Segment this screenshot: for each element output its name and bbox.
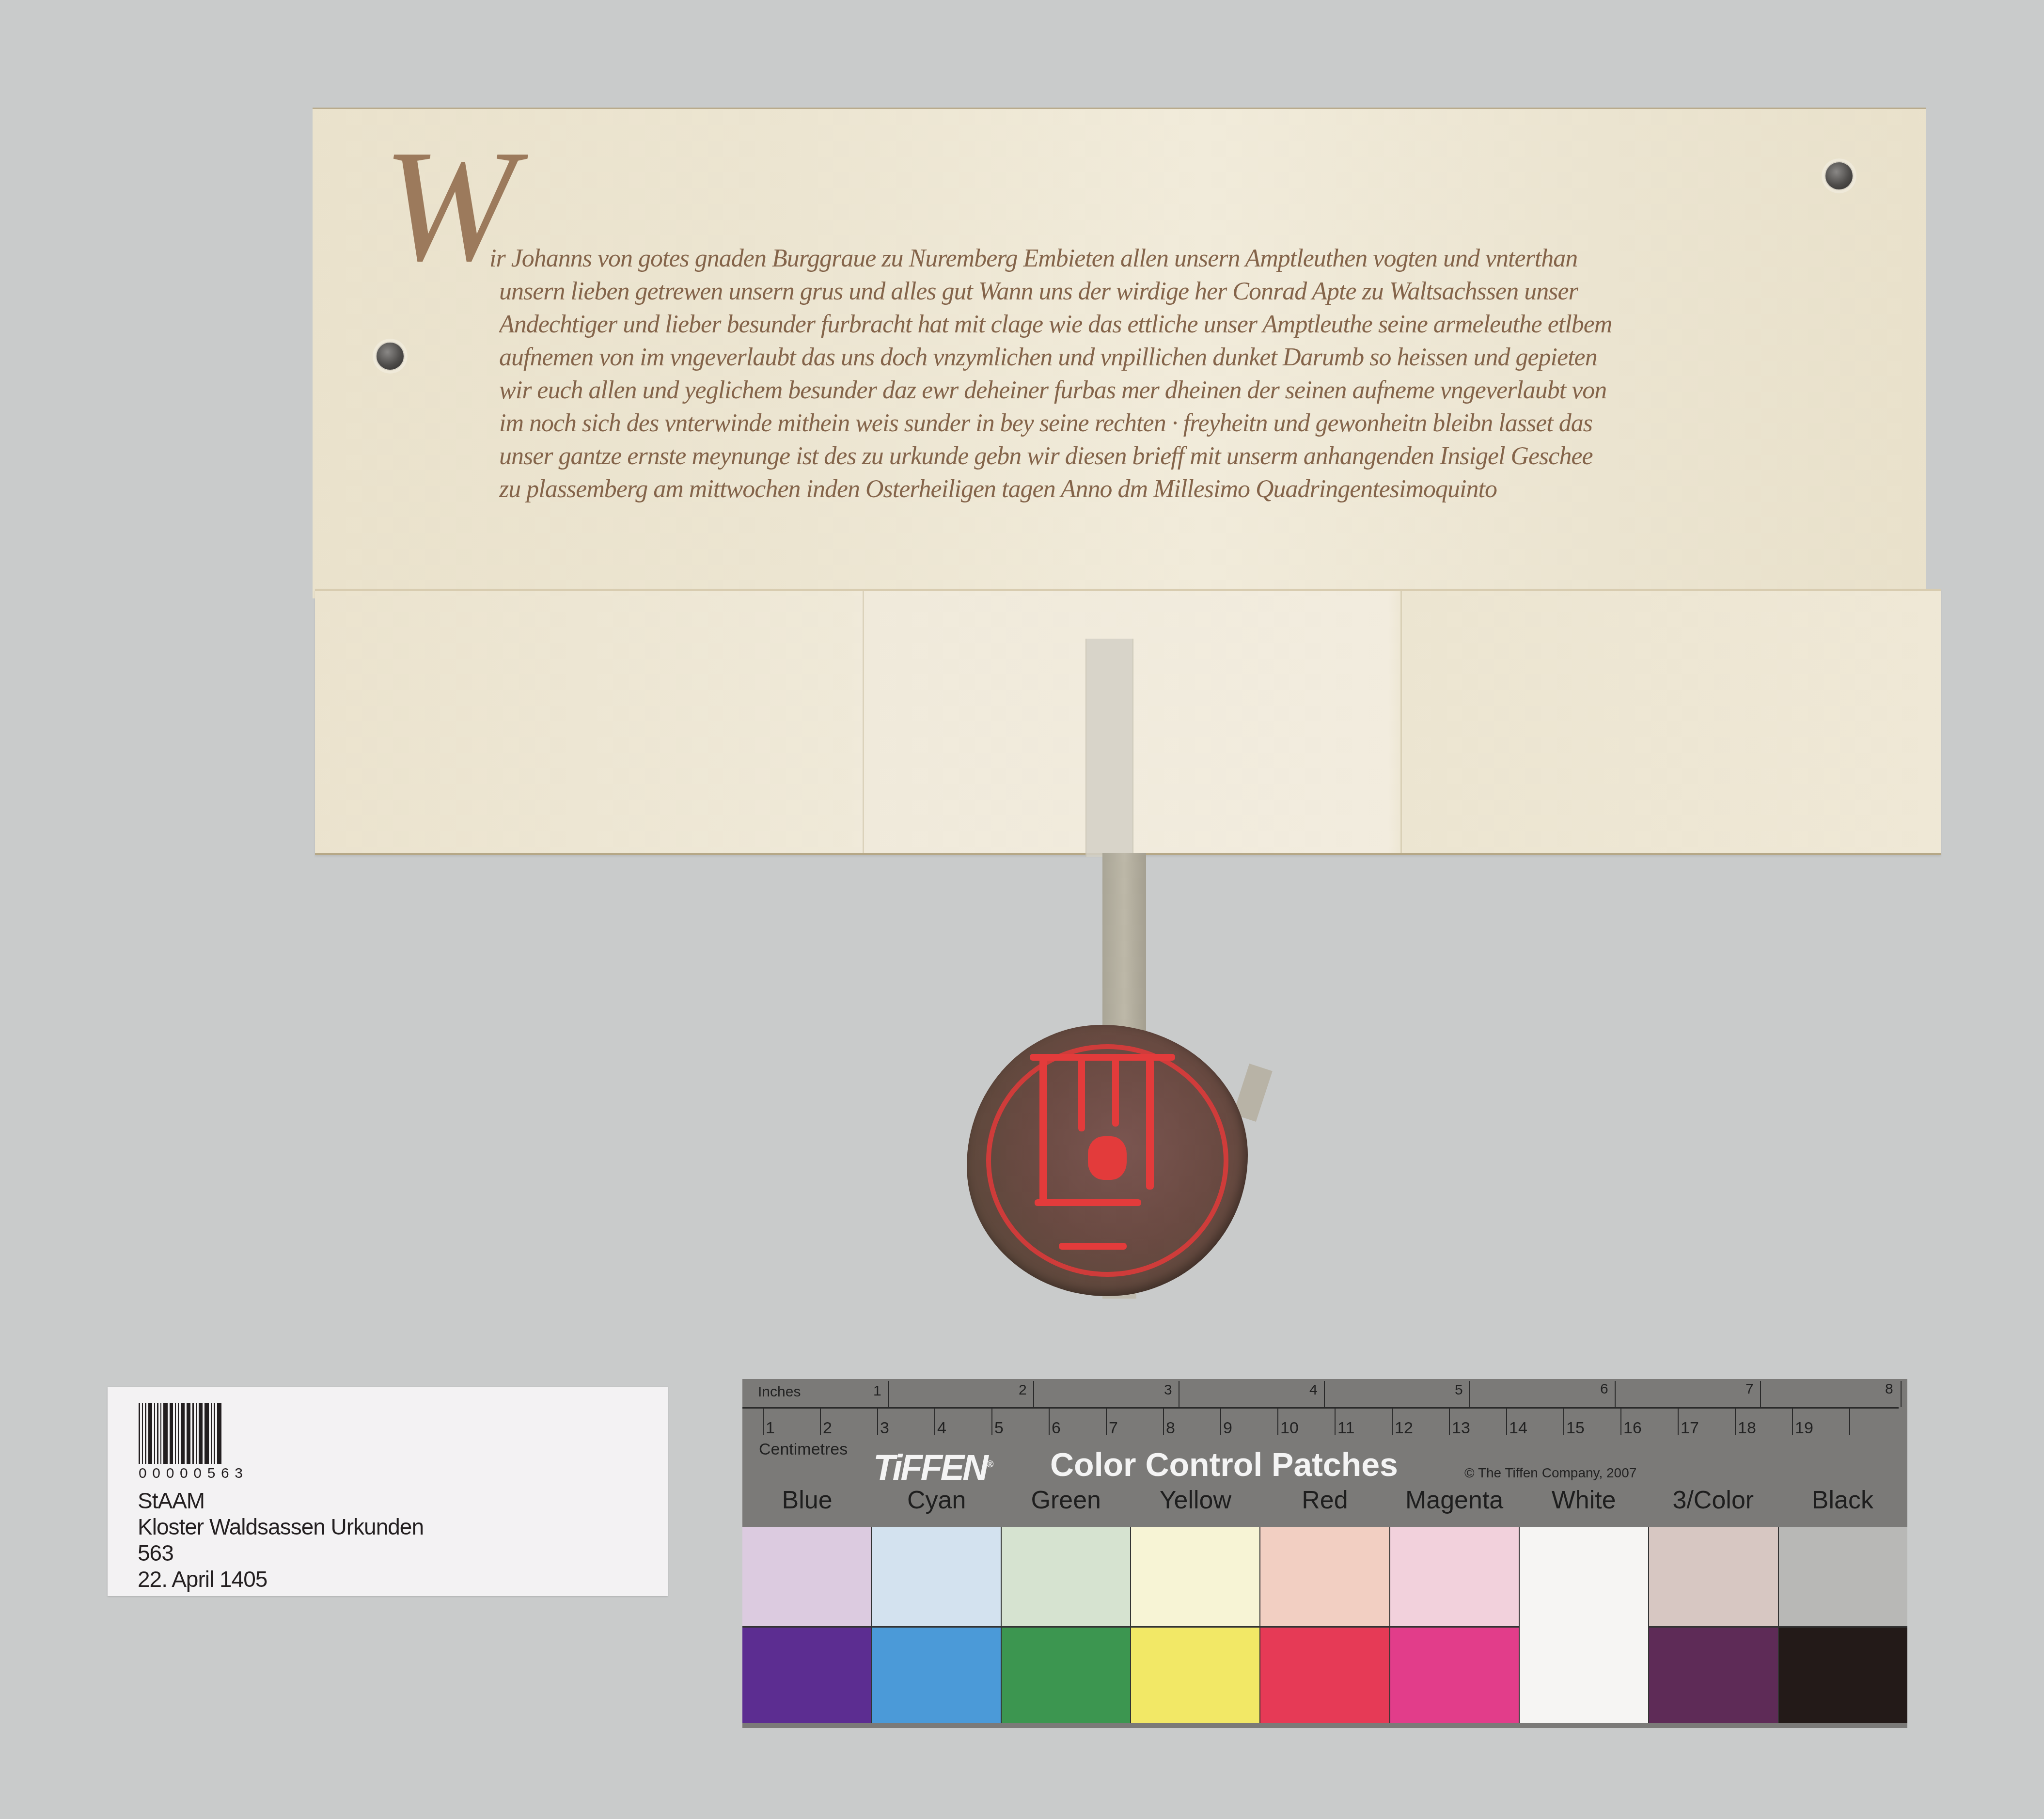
patch-label-3color: 3/Color	[1649, 1486, 1778, 1515]
cm-number: 6	[1052, 1419, 1061, 1438]
ruler-tick	[1849, 1408, 1850, 1435]
cm-number: 8	[1166, 1419, 1175, 1438]
seal-tag	[1085, 639, 1133, 857]
cm-number: 13	[1452, 1419, 1470, 1438]
cm-number: 3	[880, 1419, 889, 1438]
cm-number: 4	[937, 1419, 946, 1438]
tiffen-logo: TiFFEN®	[873, 1447, 993, 1488]
cm-number: 5	[994, 1419, 1004, 1438]
inch-number: 3	[1164, 1382, 1172, 1398]
seal-ornament	[1039, 1059, 1047, 1204]
cm-number: 16	[1623, 1419, 1642, 1438]
ruler-tick	[1106, 1408, 1107, 1435]
patch-cyan	[872, 1527, 1001, 1723]
barcode-digit: 0	[193, 1465, 202, 1482]
inch-number: 7	[1745, 1381, 1754, 1397]
ruler-tick	[1901, 1381, 1902, 1407]
mounting-pin-icon	[376, 342, 405, 371]
document-date: 22. April 1405	[138, 1566, 267, 1592]
ruler-tick	[1760, 1381, 1761, 1407]
text-line: ir Johanns von gotes gnaden Burggraue zu…	[489, 242, 1846, 275]
fold-crease	[1400, 591, 1402, 853]
seal-ornament	[1035, 1199, 1141, 1206]
text-line: aufnemen von im vngeverlaubt das uns doc…	[499, 341, 1846, 374]
patch-label-blue: Blue	[742, 1486, 872, 1515]
patch-black	[1779, 1527, 1907, 1723]
cm-number: 12	[1395, 1419, 1413, 1438]
barcode-digit: 0	[139, 1465, 147, 1482]
patch-green	[1002, 1527, 1131, 1723]
ruler-tick	[934, 1408, 935, 1435]
ruler-tick	[1506, 1408, 1507, 1435]
cm-number: 19	[1795, 1419, 1813, 1438]
inch-number: 4	[1309, 1382, 1318, 1398]
barcode-digit: 0	[180, 1465, 188, 1482]
ruler-tick	[888, 1381, 889, 1407]
barcode-digit: 0	[152, 1465, 160, 1482]
ruler-tick	[1620, 1408, 1621, 1435]
text-line: unsern lieben getrewen unsern grus und a…	[499, 275, 1846, 308]
text-line: im noch sich des vnterwinde mithein weis…	[499, 407, 1846, 440]
ruler-tick	[1449, 1408, 1450, 1435]
cm-number: 1	[766, 1419, 775, 1438]
cm-number: 14	[1509, 1419, 1527, 1438]
ruler-tick	[1335, 1408, 1336, 1435]
ruler-tick	[1049, 1408, 1050, 1435]
seal-ornament	[1146, 1059, 1154, 1190]
cm-number: 9	[1223, 1419, 1232, 1438]
color-control-chart: Inches 1 2 3 4 5 6 7 8 1 2 3 4 5 6 7 8 9…	[742, 1379, 1907, 1728]
seal-ornament	[1078, 1054, 1085, 1131]
ruler-tick	[877, 1408, 878, 1435]
ruler-tick	[991, 1408, 992, 1435]
cm-number: 11	[1337, 1419, 1354, 1438]
patch-label-red: Red	[1260, 1486, 1389, 1515]
ruler-tick	[1163, 1408, 1164, 1435]
patch-label-magenta: Magenta	[1390, 1486, 1519, 1515]
seal-ornament	[1088, 1136, 1127, 1180]
ruler-tick	[1792, 1408, 1793, 1435]
cm-number: 7	[1109, 1419, 1118, 1438]
chart-title: Color Control Patches	[1050, 1446, 1398, 1484]
ruler-tick	[1179, 1381, 1179, 1407]
barcode-digit: 0	[166, 1465, 174, 1482]
brand-name: TiFFEN	[873, 1447, 987, 1488]
cm-number: 18	[1738, 1419, 1756, 1438]
patch-label-white: White	[1519, 1486, 1649, 1515]
cm-number: 10	[1280, 1419, 1299, 1438]
barcode-number: 0 0 0 0 0 5 6 3	[139, 1465, 243, 1482]
patch-white	[1520, 1527, 1649, 1723]
ruler-tick	[1392, 1408, 1393, 1435]
cm-number: 2	[823, 1419, 832, 1438]
charter-text: ir Johanns von gotes gnaden Burggraue zu…	[499, 242, 1846, 506]
patch-label-cyan: Cyan	[872, 1486, 1001, 1515]
ruler-tick	[1277, 1408, 1278, 1435]
inch-number: 8	[1885, 1381, 1893, 1397]
document-number: 563	[138, 1540, 173, 1566]
seal-ornament	[1112, 1054, 1119, 1127]
barcode-digit: 5	[207, 1465, 216, 1482]
patch-label-green: Green	[1001, 1486, 1131, 1515]
patch-labels: Blue Cyan Green Yellow Red Magenta White…	[742, 1486, 1907, 1515]
copyright-text: © The Tiffen Company, 2007	[1464, 1465, 1636, 1481]
cm-number: 15	[1566, 1419, 1585, 1438]
patch-blue	[742, 1527, 872, 1723]
mounting-pin-icon	[1824, 161, 1854, 190]
wax-seal-icon	[967, 1025, 1248, 1296]
seal-ornament	[1059, 1243, 1127, 1250]
ruler-tick	[1563, 1408, 1564, 1435]
barcode-digit: 3	[235, 1465, 243, 1482]
centimetres-label: Centimetres	[759, 1440, 848, 1459]
barcode	[139, 1403, 223, 1464]
ruler-tick	[1469, 1381, 1470, 1407]
archive-name: StAAM	[138, 1488, 204, 1514]
inches-label: Inches	[758, 1384, 801, 1400]
collection-name: Kloster Waldsassen Urkunden	[138, 1514, 424, 1540]
ruler-tick	[1615, 1381, 1616, 1407]
ruler-tick	[1220, 1408, 1221, 1435]
patch-label-yellow: Yellow	[1131, 1486, 1260, 1515]
barcode-digit: 6	[221, 1465, 229, 1482]
ruler-tick	[763, 1408, 764, 1435]
ruler-tick	[820, 1408, 821, 1435]
text-line: unser gantze ernste meynunge ist des zu …	[499, 440, 1846, 473]
ruler-line	[742, 1407, 1899, 1409]
cm-number: 17	[1681, 1419, 1699, 1438]
text-line: wir euch allen und yeglichem besunder da…	[499, 374, 1846, 407]
ruler-tick	[1324, 1381, 1325, 1407]
inch-number: 5	[1455, 1382, 1463, 1398]
patch-yellow	[1131, 1527, 1260, 1723]
archive-label: 0 0 0 0 0 5 6 3 StAAM Kloster Waldsassen…	[108, 1387, 668, 1596]
ruler-tick	[1735, 1408, 1736, 1435]
inch-number: 2	[1019, 1382, 1027, 1398]
ruler-tick	[1033, 1381, 1034, 1407]
fold-crease	[863, 591, 864, 853]
seal-ornament	[1030, 1054, 1175, 1061]
patch-red	[1260, 1527, 1390, 1723]
text-line: Andechtiger und lieber besunder furbrach…	[499, 308, 1846, 341]
ruler-tick	[1678, 1408, 1679, 1435]
patch-magenta	[1390, 1527, 1520, 1723]
patch-3color	[1649, 1527, 1778, 1723]
inch-number: 1	[873, 1383, 881, 1399]
text-line: zu plassemberg am mittwochen inden Oster…	[499, 473, 1846, 506]
color-patches	[742, 1527, 1907, 1723]
patch-label-black: Black	[1778, 1486, 1907, 1515]
inch-number: 6	[1600, 1381, 1608, 1397]
